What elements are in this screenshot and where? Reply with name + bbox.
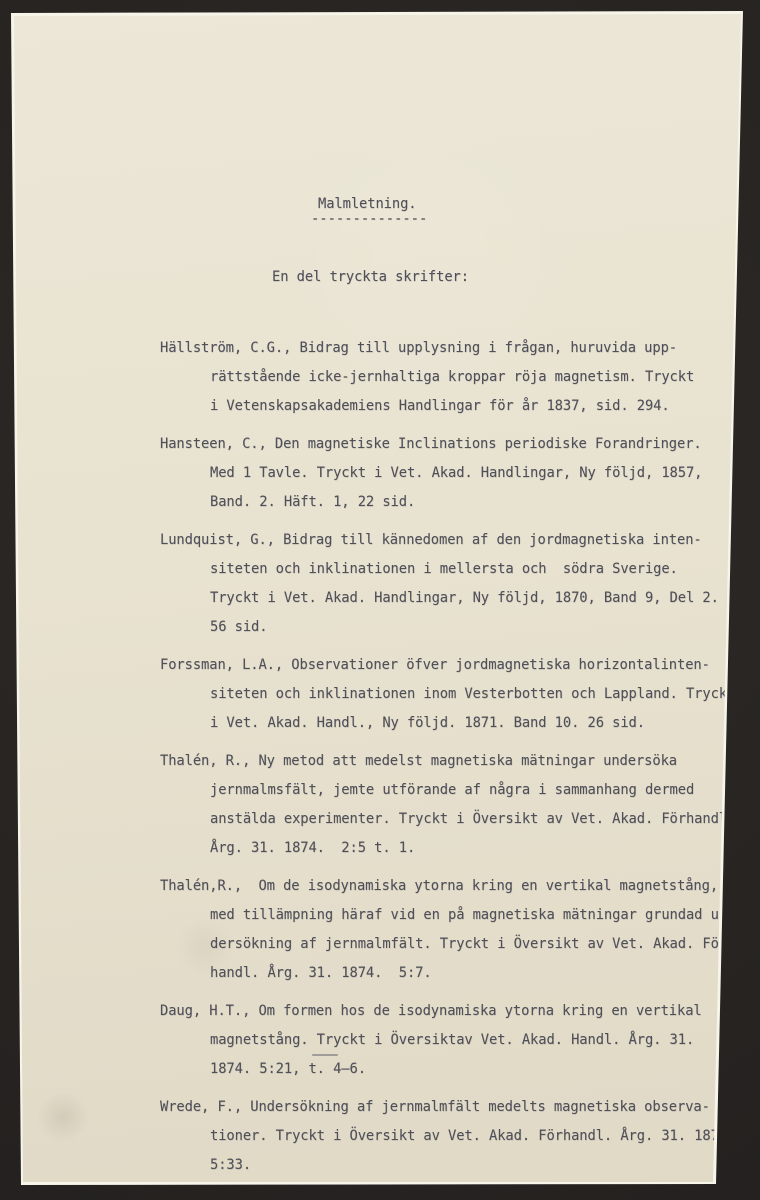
entry-line: Thalén,R., Om de isodynamiska ytorna kri… (160, 872, 735, 901)
entry-line: Hällström, C.G., Bidrag till upplysning … (160, 334, 735, 363)
entry-line: Daug, H.T., Om formen hos de isodynamisk… (160, 997, 735, 1026)
entry-line: Med 1 Tavle. Tryckt i Vet. Akad. Handlin… (160, 459, 735, 488)
bibliography-entry: Hällström, C.G., Bidrag till upplysning … (160, 334, 735, 421)
entry-line: Årg. 31. 1874. 2:5 t. 1. (160, 834, 735, 863)
entry-line: 56 sid. (160, 613, 735, 642)
entry-line: Forssman, L.A., Observationer öfver jord… (160, 651, 735, 680)
entry-line: dersökning af jernmalmfält. Tryckt i Öve… (160, 930, 735, 959)
entry-line: handl. Årg. 31. 1874. 5:7. (160, 959, 735, 988)
entry-line: Lundquist, G., Bidrag till kännedomen af… (160, 526, 735, 555)
entry-line: Wrede, F., Undersökning af jernmalmfält … (160, 1093, 735, 1122)
entry-line: med tillämpning häraf vid en på magnetis… (160, 901, 735, 930)
bibliography-entry: Thalén, R., Ny metod att medelst magneti… (160, 747, 735, 863)
bibliography-entry: Thalén,R., Om de isodynamiska ytorna kri… (160, 872, 735, 988)
entry-line: anstälda experimenter. Tryckt i Översikt… (160, 805, 735, 834)
entry-line: 1874. 5:21, t. 4–6. (160, 1055, 735, 1084)
entry-line: Thalén, R., Ny metod att medelst magneti… (160, 747, 735, 776)
entry-line: jernmalmsfält, jemte utförande af några … (160, 776, 735, 805)
bibliography-list: Hällström, C.G., Bidrag till upplysning … (160, 334, 735, 1189)
entry-line: siteten och inklinationen i mellersta oc… (160, 555, 735, 584)
typewriter-underline-mark (312, 1054, 338, 1056)
title-underline: -------------- (311, 211, 427, 227)
bibliography-entry: Forssman, L.A., Observationer öfver jord… (160, 651, 735, 738)
document-page: Malmletning. -------------- En del tryck… (0, 0, 760, 1200)
entry-line: i Vetenskapsakademiens Handlingar för år… (160, 392, 735, 421)
document-subtitle: En del tryckta skrifter: (272, 267, 469, 287)
entry-line: Tryckt i Vet. Akad. Handlingar, Ny följd… (160, 584, 735, 613)
bibliography-entry: Wrede, F., Undersökning af jernmalmfält … (160, 1093, 735, 1180)
bibliography-entry: Lundquist, G., Bidrag till kännedomen af… (160, 526, 735, 642)
bibliography-entry: Daug, H.T., Om formen hos de isodynamisk… (160, 997, 735, 1084)
entry-line: rättstående icke-jernhaltiga kroppar röj… (160, 363, 735, 392)
entry-line: 5:33. (160, 1151, 735, 1180)
bibliography-entry: Hansteen, C., Den magnetiske Inclination… (160, 430, 735, 517)
entry-line: siteten och inklinationen inom Vesterbot… (160, 680, 735, 709)
entry-line: Hansteen, C., Den magnetiske Inclination… (160, 430, 735, 459)
photo-background: Malmletning. -------------- En del tryck… (0, 0, 760, 1200)
entry-line: i Vet. Akad. Handl., Ny följd. 1871. Ban… (160, 709, 735, 738)
entry-line: tioner. Tryckt i Översikt av Vet. Akad. … (160, 1122, 735, 1151)
entry-line: Band. 2. Häft. 1, 22 sid. (160, 488, 735, 517)
entry-line: magnetstång. Tryckt i Översiktav Vet. Ak… (160, 1026, 735, 1055)
